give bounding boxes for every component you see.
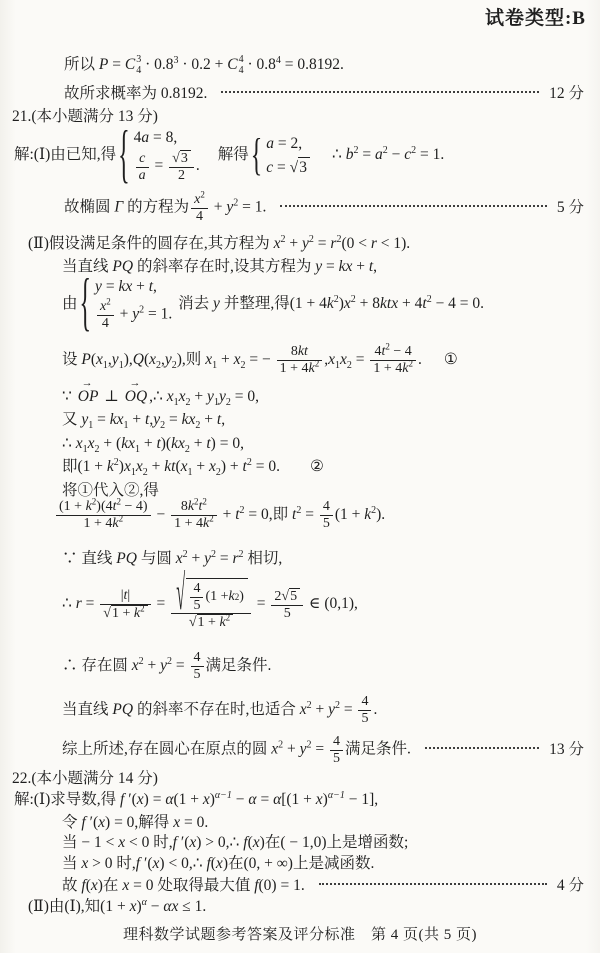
text-run: + bbox=[129, 411, 146, 428]
text-run: (1 + bbox=[59, 499, 86, 514]
line-content: ∵ →OP ⊥ →OQ,∴ x1x2 + y1y2 = 0, bbox=[62, 388, 259, 405]
score-label: 13 分 bbox=[549, 740, 584, 759]
line-q21-sol13: ∵ 直线 PQ 与圆 x2 + y2 = r2 相切, bbox=[62, 549, 282, 568]
text-run: + bbox=[286, 235, 303, 252]
text-run: 5 bbox=[193, 598, 200, 613]
fraction: ca bbox=[136, 151, 149, 183]
math-var: k bbox=[107, 458, 114, 475]
text-run: )( bbox=[161, 435, 171, 452]
text-run: 4 bbox=[193, 581, 200, 596]
text-run: ) = bbox=[144, 791, 166, 808]
text-run: = 0,即 bbox=[245, 506, 293, 523]
line-content: ∴ 存在圆 x2 + y2 = 45满足条件. bbox=[62, 657, 271, 674]
line-content: 又 y1 = kx1 + t,y2 = kx2 + t, bbox=[62, 411, 225, 428]
numerator: 4 bbox=[191, 650, 204, 667]
system-rows: y = kx + t,x24 + y2 = 1. bbox=[95, 277, 172, 332]
math-var: x bbox=[136, 458, 143, 475]
line-content: 将①代入②,得 bbox=[62, 482, 159, 499]
line-q21-sol3: (Ⅱ)假设满足条件的圆存在,其方程为 x2 + y2 = r2(0 < r < … bbox=[28, 234, 410, 253]
text-run: < 1). bbox=[377, 235, 410, 252]
math-var: a bbox=[375, 146, 383, 163]
math-var: a bbox=[139, 168, 146, 183]
text-run: ∴ bbox=[62, 435, 76, 452]
line-q21-sol4: 当直线 PQ 的斜率存在时,设其方程为 y = kx + t, bbox=[62, 257, 377, 276]
radicand: 1 + k2 bbox=[197, 614, 234, 631]
math-var: kx bbox=[118, 278, 132, 295]
text-run: − 1], bbox=[345, 791, 378, 808]
text-run: 故椭圆 bbox=[64, 199, 114, 216]
text-run: 综上所述,存在圆心在原点的圆 bbox=[62, 741, 271, 758]
text-run: − bbox=[147, 898, 164, 915]
text-run: = bbox=[322, 258, 339, 275]
line-q21-sol1: 解:(Ⅰ)由已知,得{4a = 8,ca = √32.解得{a = 2,c = … bbox=[14, 128, 444, 184]
radicand: 3 bbox=[180, 150, 191, 167]
text-run: = bbox=[358, 146, 375, 163]
line-content: 22.(本小题满分 14 分) bbox=[12, 770, 158, 787]
text-run: = bbox=[153, 595, 170, 612]
text-run: 将①代入②,得 bbox=[62, 482, 159, 499]
text-run: 2 bbox=[274, 589, 281, 604]
text-run: + bbox=[144, 657, 161, 674]
math-var: y bbox=[112, 351, 119, 368]
text-run: = bbox=[314, 235, 331, 252]
math-var: Q bbox=[133, 351, 144, 368]
math-var: x bbox=[137, 791, 144, 808]
text-run: = bbox=[93, 411, 110, 428]
text-run: + 4 bbox=[398, 295, 422, 312]
text-run: ) bbox=[239, 589, 244, 605]
text-run: − 4 bbox=[390, 344, 412, 359]
math-var: x bbox=[132, 657, 139, 674]
math-var: y bbox=[207, 388, 214, 405]
text-run: = bbox=[257, 791, 274, 808]
text-run: 解:(Ⅰ)求导数,得 bbox=[14, 791, 120, 808]
math-var: x bbox=[340, 351, 347, 368]
text-run: − bbox=[232, 791, 249, 808]
denominator: 1 + 4k2 bbox=[277, 361, 323, 377]
text-run: . bbox=[418, 351, 422, 368]
math-var: C bbox=[125, 55, 135, 74]
math-var: kx bbox=[171, 435, 185, 452]
math-var: x bbox=[76, 435, 83, 452]
radicand: 1 + k2 bbox=[111, 605, 148, 622]
binomial-symbol: C44 bbox=[227, 54, 243, 76]
text-run: = bbox=[151, 158, 168, 175]
radical: √5 bbox=[281, 588, 300, 605]
line-p20-final2: 故所求概率为 0.8192.12 分 bbox=[64, 84, 584, 103]
dot-leader bbox=[425, 747, 539, 749]
text-run: 4 bbox=[196, 209, 203, 224]
text-run: ∴ bbox=[332, 146, 346, 163]
text-run: = 2, bbox=[274, 135, 302, 152]
numerator: √45(1 + k2) bbox=[171, 578, 251, 614]
text-run: ) = 0,解得 bbox=[105, 814, 173, 831]
text-run: + bbox=[210, 199, 227, 216]
line-content: 解:(Ⅰ)由已知,得{4a = 8,ca = √32.解得{a = 2,c = … bbox=[14, 146, 444, 163]
math-var: a bbox=[141, 129, 149, 146]
text-run: 21.(本小题满分 13 分) bbox=[12, 108, 158, 125]
fraction: x24 bbox=[97, 299, 114, 331]
system-row: c = √3 bbox=[266, 157, 310, 177]
text-run: ) = 0, bbox=[211, 435, 244, 452]
math-var: PQ bbox=[112, 258, 133, 275]
text-run: 8 bbox=[181, 499, 188, 514]
text-run: + bbox=[193, 458, 210, 475]
text-run: = bbox=[172, 657, 189, 674]
line-content: ∴ x1x2 + (kx1 + t)(kx2 + t) = 0, bbox=[62, 435, 244, 452]
text-run: 满足条件. bbox=[345, 741, 411, 758]
numerator: c bbox=[136, 151, 149, 168]
line-q22-sol4: 当 x > 0 时,f ′(x) < 0,∴ f(x)在(0, + ∞)上是减函… bbox=[62, 854, 374, 873]
text-run: 1 + 4 bbox=[174, 516, 203, 531]
math-var: α bbox=[273, 791, 281, 808]
line-q21-sol6: 设 P(x1,y1),Q(x2,y2),则 x1 + x2 = − 8kt1 +… bbox=[62, 344, 458, 376]
text-run: 当 bbox=[62, 855, 81, 872]
text-run: (1 + bbox=[335, 506, 364, 523]
math-var: PQ bbox=[112, 701, 133, 718]
vector: →OQ bbox=[125, 386, 147, 406]
text-run: 5 bbox=[361, 711, 368, 726]
system-rows: 4a = 8,ca = √32. bbox=[134, 128, 200, 184]
text-run: ∵ 直线 bbox=[62, 550, 116, 567]
text-run: | bbox=[127, 588, 130, 603]
system-brace: { bbox=[118, 123, 130, 188]
line-content: ∵ 直线 PQ 与圆 x2 + y2 = r2 相切, bbox=[62, 550, 282, 567]
math-var: y bbox=[300, 741, 307, 758]
text-run: − bbox=[153, 506, 170, 523]
denominator: a bbox=[136, 168, 149, 184]
text-run: ∈ (0,1), bbox=[305, 595, 358, 612]
text-run: 由 bbox=[62, 295, 78, 312]
radical: √1 + k2 bbox=[189, 614, 233, 631]
text-run: )(4 bbox=[96, 499, 112, 514]
text-run: + bbox=[200, 411, 217, 428]
radicand: 3 bbox=[298, 157, 310, 177]
line-q21-sol10: 即(1 + k2)x1x2 + kt(x1 + x2) + t2 = 0.② bbox=[62, 457, 324, 476]
line-q21-sol16: 当直线 PQ 的斜率不存在时,也适合 x2 + y2 = 45. bbox=[62, 694, 377, 726]
radical-sign: √ bbox=[290, 160, 299, 176]
line-content: ∴ r = |t|√1 + k2 = √45(1 + k2)√1 + k2 = … bbox=[62, 595, 358, 612]
radical-sign: √ bbox=[176, 568, 185, 617]
denominator: 1 + 4k2 bbox=[370, 361, 416, 377]
math-var: x bbox=[316, 791, 323, 808]
text-run: = 1. bbox=[144, 306, 172, 323]
text-run: ) < 0,∴ bbox=[159, 855, 206, 872]
math-var: kx bbox=[110, 411, 124, 428]
math-var: kx bbox=[339, 258, 353, 275]
denominator: 5 bbox=[190, 598, 203, 614]
radical: √3 bbox=[290, 157, 310, 177]
text-run: 22.(本小题满分 14 分) bbox=[12, 770, 158, 787]
text-run: )在( − 1,0)上是增函数; bbox=[260, 834, 409, 851]
text-run: − bbox=[388, 146, 405, 163]
text-run: = bbox=[340, 701, 357, 718]
text-run: · 0.2 + bbox=[179, 56, 228, 73]
line-content: 故椭圆 Γ 的方程为x24 + y2 = 1. bbox=[64, 192, 266, 224]
text-run: 当直线 bbox=[62, 701, 112, 718]
equation-system: {4a = 8,ca = √32. bbox=[118, 128, 200, 184]
denominator: √1 + k2 bbox=[100, 605, 150, 622]
radical-sign: √ bbox=[172, 152, 180, 166]
line-content: 当直线 PQ 的斜率存在时,设其方程为 y = kx + t, bbox=[62, 258, 377, 275]
text-run: 4 bbox=[361, 694, 368, 709]
math-var: y bbox=[328, 701, 335, 718]
fraction: 45 bbox=[190, 581, 203, 613]
text-run: + bbox=[148, 458, 165, 475]
text-run: = bbox=[82, 595, 99, 612]
text-run: 解得 bbox=[218, 146, 249, 163]
line-content: 当 − 1 < x < 0 时,f ′(x) > 0,∴ f(x)在( − 1,… bbox=[62, 834, 408, 851]
superscript: α−1 bbox=[328, 790, 345, 801]
radicand: 45(1 + k2) bbox=[186, 578, 247, 613]
math-var: x bbox=[274, 235, 281, 252]
text-run: , bbox=[153, 278, 157, 295]
text-run: 又 bbox=[62, 411, 81, 428]
math-var: x bbox=[203, 791, 210, 808]
text-run: (0 < bbox=[341, 235, 370, 252]
text-run: + bbox=[217, 351, 234, 368]
fraction: |t|√1 + k2 bbox=[100, 588, 150, 621]
text-run: 4 bbox=[375, 344, 382, 359]
text-run: 8 bbox=[291, 344, 298, 359]
superscript: 2 bbox=[140, 603, 145, 613]
line-q21-sol2: 故椭圆 Γ 的方程为x24 + y2 = 1.5 分 bbox=[64, 192, 584, 224]
math-var: x bbox=[181, 458, 188, 475]
math-var: c bbox=[139, 151, 145, 166]
math-var: PQ bbox=[116, 550, 137, 567]
text-run: 2 bbox=[178, 168, 185, 183]
fraction: 2√55 bbox=[271, 588, 303, 621]
line-q21-sol14: ∴ r = |t|√1 + k2 = √45(1 + k2)√1 + k2 = … bbox=[62, 578, 358, 631]
text-run: 1 + bbox=[198, 615, 220, 630]
text-run: 所以 bbox=[64, 56, 99, 73]
text-run: ⊥ bbox=[100, 388, 122, 405]
text-run: = 1. bbox=[416, 146, 444, 163]
denominator: 5 bbox=[271, 606, 303, 622]
line-content: 综上所述,存在圆心在原点的圆 x2 + y2 = 45满足条件. bbox=[62, 734, 411, 766]
radical: √45(1 + k2) bbox=[174, 578, 248, 613]
math-var: x bbox=[179, 388, 186, 405]
denominator: 1 + 4k2 bbox=[171, 516, 217, 532]
system-row: x24 + y2 = 1. bbox=[95, 299, 172, 331]
exam-answer-page: 试卷类型:B 所以 P = C34 · 0.83 · 0.2 + C44 · 0… bbox=[0, 0, 600, 953]
text-run: ≤ 1. bbox=[178, 898, 206, 915]
text-run: [(1 + bbox=[281, 791, 316, 808]
text-run: + bbox=[190, 435, 207, 452]
radical-sign: √ bbox=[103, 607, 111, 621]
text-run: 3 bbox=[299, 159, 307, 176]
line-q22-sol3: 当 − 1 < x < 0 时,f ′(x) > 0,∴ f(x)在( − 1,… bbox=[62, 833, 408, 852]
text-run: + bbox=[132, 278, 149, 295]
math-var: k bbox=[327, 295, 334, 312]
text-run: 设 bbox=[62, 351, 81, 368]
paper-type-label: 试卷类型:B bbox=[485, 7, 586, 31]
text-run: 4 bbox=[333, 734, 340, 749]
line-q22-sol5: 故 f(x)在 x = 0 处取得最大值 f(0) = 1.4 分 bbox=[62, 876, 584, 895]
line-q22-sol2: 令 f ′(x) = 0,解得 x = 0. bbox=[62, 813, 208, 832]
text-run: = bbox=[352, 351, 369, 368]
text-run: = 0.8192. bbox=[281, 56, 344, 73]
math-var: x bbox=[167, 388, 174, 405]
line-content: 21.(本小题满分 13 分) bbox=[12, 108, 158, 125]
line-content: 即(1 + k2)x1x2 + kt(x1 + x2) + t2 = 0.② bbox=[62, 458, 324, 475]
text-run: = bbox=[312, 741, 329, 758]
fraction: 4t2 − 41 + 4k2 bbox=[370, 344, 416, 376]
equation-system: {y = kx + t,x24 + y2 = 1. bbox=[80, 277, 173, 332]
math-var: kt bbox=[164, 458, 175, 475]
numerator: x2 bbox=[191, 192, 208, 209]
math-var: kx bbox=[121, 435, 135, 452]
math-var: y bbox=[213, 295, 220, 312]
line-content: 令 f ′(x) = 0,解得 x = 0. bbox=[62, 814, 208, 831]
text-run: + bbox=[352, 258, 369, 275]
text-run: ,∴ bbox=[149, 388, 167, 405]
text-run: , bbox=[373, 258, 377, 275]
vector: →OP bbox=[78, 386, 99, 406]
text-run: + bbox=[312, 701, 329, 718]
text-run: − 4 = 0. bbox=[432, 295, 484, 312]
text-run: , bbox=[221, 411, 225, 428]
math-var: y bbox=[302, 235, 309, 252]
equation-system: {a = 2,c = √3 bbox=[251, 134, 310, 177]
text-run: + bbox=[283, 741, 300, 758]
text-run: 1 + 4 bbox=[83, 516, 112, 531]
math-var: Γ bbox=[114, 199, 123, 216]
system-rows: a = 2,c = √3 bbox=[266, 134, 310, 177]
text-run: ) + bbox=[221, 458, 243, 475]
text-run: = 0, bbox=[231, 388, 259, 405]
text-run: = 0. bbox=[180, 814, 208, 831]
dot-leader bbox=[280, 205, 547, 207]
math-var: kx bbox=[182, 411, 196, 428]
math-var: x bbox=[98, 814, 105, 831]
text-run: 1 + 4 bbox=[280, 361, 309, 376]
text-run: (Ⅱ)由(Ⅰ),知(1 + bbox=[28, 898, 130, 915]
superscript: 2 bbox=[202, 496, 207, 506]
text-run: 的斜率存在时,设其方程为 bbox=[133, 258, 315, 275]
text-run: 相切, bbox=[244, 550, 283, 567]
superscript: 2 bbox=[408, 358, 413, 368]
math-var: x bbox=[216, 855, 223, 872]
numerator: √3 bbox=[169, 150, 194, 168]
fraction: x24 bbox=[191, 192, 208, 224]
math-var: y bbox=[219, 388, 226, 405]
text-run: < 0 时, bbox=[125, 834, 173, 851]
text-run: + 8 bbox=[356, 295, 380, 312]
text-run: + bbox=[140, 435, 157, 452]
text-run: 故 bbox=[62, 877, 81, 894]
math-var: y bbox=[165, 351, 172, 368]
text-run: ). bbox=[376, 506, 385, 523]
text-run: . bbox=[196, 158, 200, 175]
math-var: x bbox=[88, 435, 95, 452]
text-run: · 0.8 bbox=[244, 56, 276, 73]
fraction: 8k2t21 + 4k2 bbox=[171, 499, 217, 531]
superscript: 2 bbox=[226, 613, 231, 623]
page-footer: 理科数学试题参考答案及评分标准 第 4 页(共 5 页) bbox=[0, 926, 600, 945]
fraction: √32 bbox=[169, 150, 194, 183]
text-run: ′( bbox=[86, 814, 98, 831]
score-label: 12 分 bbox=[549, 84, 584, 103]
text-run: 令 bbox=[62, 814, 81, 831]
numerator: 4 bbox=[320, 499, 333, 516]
text-run: 即(1 + bbox=[62, 458, 107, 475]
text-run: 消去 bbox=[174, 295, 213, 312]
text-run: = bbox=[102, 278, 119, 295]
line-content: (Ⅱ)由(Ⅰ),知(1 + x)α − αx ≤ 1. bbox=[28, 898, 206, 915]
text-run: ∴ bbox=[62, 595, 76, 612]
text-run: 与圆 bbox=[137, 550, 176, 567]
text-run: 4 bbox=[323, 499, 330, 514]
math-var: x bbox=[96, 351, 103, 368]
text-run: + bbox=[191, 388, 208, 405]
denominator: 5 bbox=[330, 751, 343, 767]
denominator: 5 bbox=[358, 711, 371, 727]
text-run: ), bbox=[124, 351, 133, 368]
text-run: ∵ bbox=[62, 388, 76, 405]
math-var: αx bbox=[163, 898, 178, 915]
superscript: 2 bbox=[209, 513, 214, 523]
text-run: ′( bbox=[124, 791, 136, 808]
text-run: ∴ 存在圆 bbox=[62, 657, 132, 674]
denominator: 1 + 4k2 bbox=[56, 516, 151, 532]
line-content: 设 P(x1,y1),Q(x2,y2),则 x1 + x2 = − 8kt1 +… bbox=[62, 351, 458, 368]
superscript: 2 bbox=[200, 189, 205, 199]
system-row: ca = √32. bbox=[134, 150, 200, 183]
text-run: 的斜率不存在时,也适合 bbox=[133, 701, 300, 718]
numerator: 4 bbox=[358, 694, 371, 711]
math-var: ktx bbox=[380, 295, 398, 312]
math-var: x bbox=[344, 295, 351, 312]
fraction: 45 bbox=[330, 734, 343, 766]
line-content: 故所求概率为 0.8192. bbox=[64, 84, 207, 103]
text-run: 的方程为 bbox=[123, 199, 189, 216]
text-run: (1 + bbox=[173, 791, 202, 808]
text-run: = bbox=[273, 159, 290, 176]
binomial-symbol: C34 bbox=[125, 54, 141, 76]
superscript: 2 bbox=[315, 358, 320, 368]
math-var: C bbox=[227, 55, 237, 74]
line-p20-final1: 所以 P = C34 · 0.83 · 0.2 + C44 · 0.84 = 0… bbox=[64, 54, 344, 76]
line-q21-sol15: ∴ 存在圆 x2 + y2 = 45满足条件. bbox=[62, 650, 271, 682]
line-content: (1 + k2)(4t2 − 4)1 + 4k2 − 8k2t21 + 4k2 … bbox=[54, 506, 385, 523]
fraction: 45 bbox=[320, 499, 333, 531]
text-run: ′( bbox=[177, 834, 189, 851]
score-label: 4 分 bbox=[557, 876, 584, 895]
dot-leader bbox=[221, 91, 539, 93]
text-run: 当 − 1 < bbox=[62, 834, 118, 851]
text-run: 1 + bbox=[112, 606, 134, 621]
text-run: + bbox=[188, 550, 205, 567]
system-row: 4a = 8, bbox=[134, 128, 200, 147]
vector-arrow-icon: → bbox=[78, 378, 99, 389]
system-row: a = 2, bbox=[266, 134, 310, 153]
text-run: + bbox=[116, 306, 133, 323]
denominator: 4 bbox=[191, 209, 208, 225]
text-run: 故所求概率为 0.8192. bbox=[64, 85, 207, 102]
math-var: x bbox=[209, 458, 216, 475]
fraction: 45 bbox=[191, 650, 204, 682]
superscript: 2 bbox=[106, 297, 111, 307]
line-q21-sol5: 由{y = kx + t,x24 + y2 = 1. 消去 y 并整理,得(1 … bbox=[62, 277, 484, 332]
text-run: 满足条件. bbox=[206, 657, 272, 674]
math-var: x bbox=[149, 351, 156, 368]
radicand: 5 bbox=[289, 588, 300, 605]
fraction: 8kt1 + 4k2 bbox=[277, 344, 323, 376]
text-run: )在(0, + ∞)上是减函数. bbox=[223, 855, 375, 872]
line-q21-sol9: ∴ x1x2 + (kx1 + t)(kx2 + t) = 0, bbox=[62, 434, 244, 453]
text-run: = bbox=[253, 595, 270, 612]
